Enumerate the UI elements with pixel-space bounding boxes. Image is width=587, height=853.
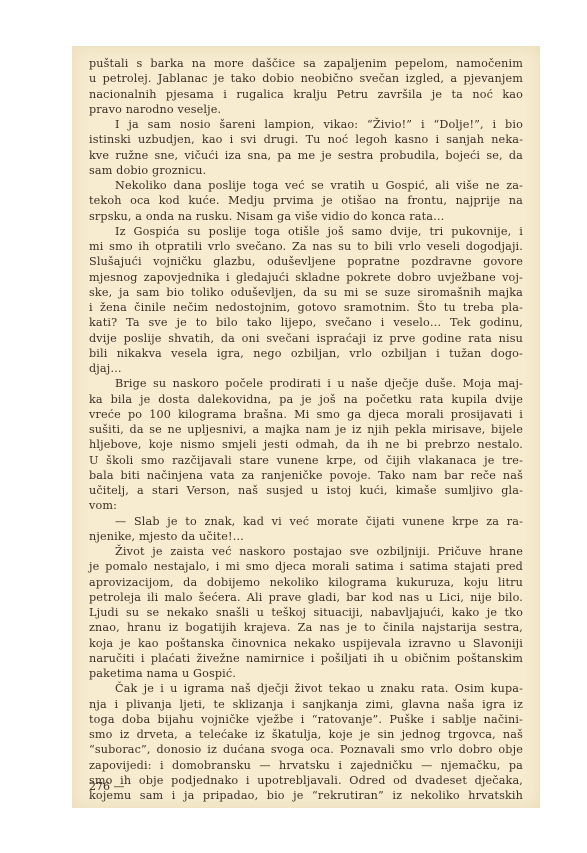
text-line: ka bila je dosta dalekovidna, pa je još … (89, 392, 523, 407)
text-line: je pomalo nestajalo, i mi smo djeca mora… (89, 559, 523, 574)
text-line: njenike, mjesto da učite!… (89, 529, 523, 544)
text-line: ske, ja sam bio toliko oduševljen, da su… (89, 285, 523, 300)
text-line: vom: (89, 498, 523, 513)
text-line: naručiti i plaćati živežne namirnice i p… (89, 651, 523, 666)
text-line: Brige su naskoro počele prodirati i u na… (89, 376, 523, 391)
text-line: aprovizacijom, da dobijemo nekoliko kilo… (89, 575, 523, 590)
text-line: bala biti načinjena vata za ranjeničke p… (89, 468, 523, 483)
text-line: sam dobio groznicu. (89, 163, 523, 178)
text-line: bili nikakva vesela igra, nego ozbiljan,… (89, 346, 523, 361)
text-line: djaj… (89, 361, 523, 376)
text-line: puštali s barka na more daščice sa zapal… (89, 56, 523, 71)
text-line: dvije poslije shvatih, da oni svečani is… (89, 331, 523, 346)
text-line: nacionalnih pjesama i rugalica kralju Pe… (89, 87, 523, 102)
text-line: sušiti, da se ne upljesnivi, a majka nam… (89, 422, 523, 437)
text-line: U školi smo razčijavali stare vunene krp… (89, 453, 523, 468)
page-body-text: puštali s barka na more daščice sa zapal… (89, 56, 523, 803)
text-line: smo iz drveta, a telećake iz škatulja, k… (89, 727, 523, 742)
page-number: 276 — (89, 780, 125, 793)
text-line: vreće po 100 kilograma brašna. Mi smo ga… (89, 407, 523, 422)
text-line: kati? Ta sve je to bilo tako lijepo, sve… (89, 315, 523, 330)
text-line: “suborac”, donosio iz dućana svoga oca. … (89, 742, 523, 757)
text-line: Ljudi su se nekako snašli u teškoj situa… (89, 605, 523, 620)
text-line: petroleja ili malo šećera. Ali prave gla… (89, 590, 523, 605)
text-line: mjesnog zapovjednika i gledajući skladne… (89, 270, 523, 285)
text-line: znao, hranu iz bogatijih krajeva. Za nas… (89, 620, 523, 635)
text-line: koja je kao poštanska činovnica nekako u… (89, 636, 523, 651)
text-line: toga doba bijahu vojničke vježbe i “rato… (89, 712, 523, 727)
text-line: tekoh oca kod kuće. Medju prvima je otiš… (89, 193, 523, 208)
text-line: I ja sam nosio šareni lampion, vikao: “Ž… (89, 117, 523, 132)
text-line: kve ružne sne, vičući iza sna, pa me je … (89, 148, 523, 163)
text-line: kojemu sam i ja pripadao, bio je “rekrut… (89, 788, 523, 803)
text-line: pravo narodno veselje. (89, 102, 523, 117)
text-line: Nekoliko dana poslije toga već se vratih… (89, 178, 523, 193)
text-line: srpsku, a onda na rusku. Nisam ga više v… (89, 209, 523, 224)
text-line: i žena činile nečim nedostojnim, gotovo … (89, 300, 523, 315)
text-line: hljebove, koje nismo smjeli jesti odmah,… (89, 437, 523, 452)
text-line: istinski uzbudjen, kao i svi drugi. Tu n… (89, 132, 523, 147)
text-line: paketima nama u Gospić. (89, 666, 523, 681)
text-line: učitelj, a stari Verson, naš susjed u is… (89, 483, 523, 498)
text-line: u petrolej. Jablanac je tako dobio neobi… (89, 71, 523, 86)
text-line: Iz Gospića su poslije toga otišle još sa… (89, 224, 523, 239)
book-page: puštali s barka na more daščice sa zapal… (72, 46, 540, 808)
text-line: smo ih obje podjednako i upotrebljavali.… (89, 773, 523, 788)
text-line: nja i plivanja ljeti, te sklizanja i san… (89, 697, 523, 712)
text-line: Čak je i u igrama naš dječji život tekao… (89, 681, 523, 696)
text-line: Život je zaista već naskoro postajao sve… (89, 544, 523, 559)
text-line: Slušajući vojničku glazbu, oduševljene p… (89, 254, 523, 269)
text-line: — Slab je to znak, kad vi već morate čij… (89, 514, 523, 529)
text-line: zapovijedi: i domobransku — hrvatsku i z… (89, 758, 523, 773)
text-line: mi smo ih otpratili vrlo svečano. Za nas… (89, 239, 523, 254)
